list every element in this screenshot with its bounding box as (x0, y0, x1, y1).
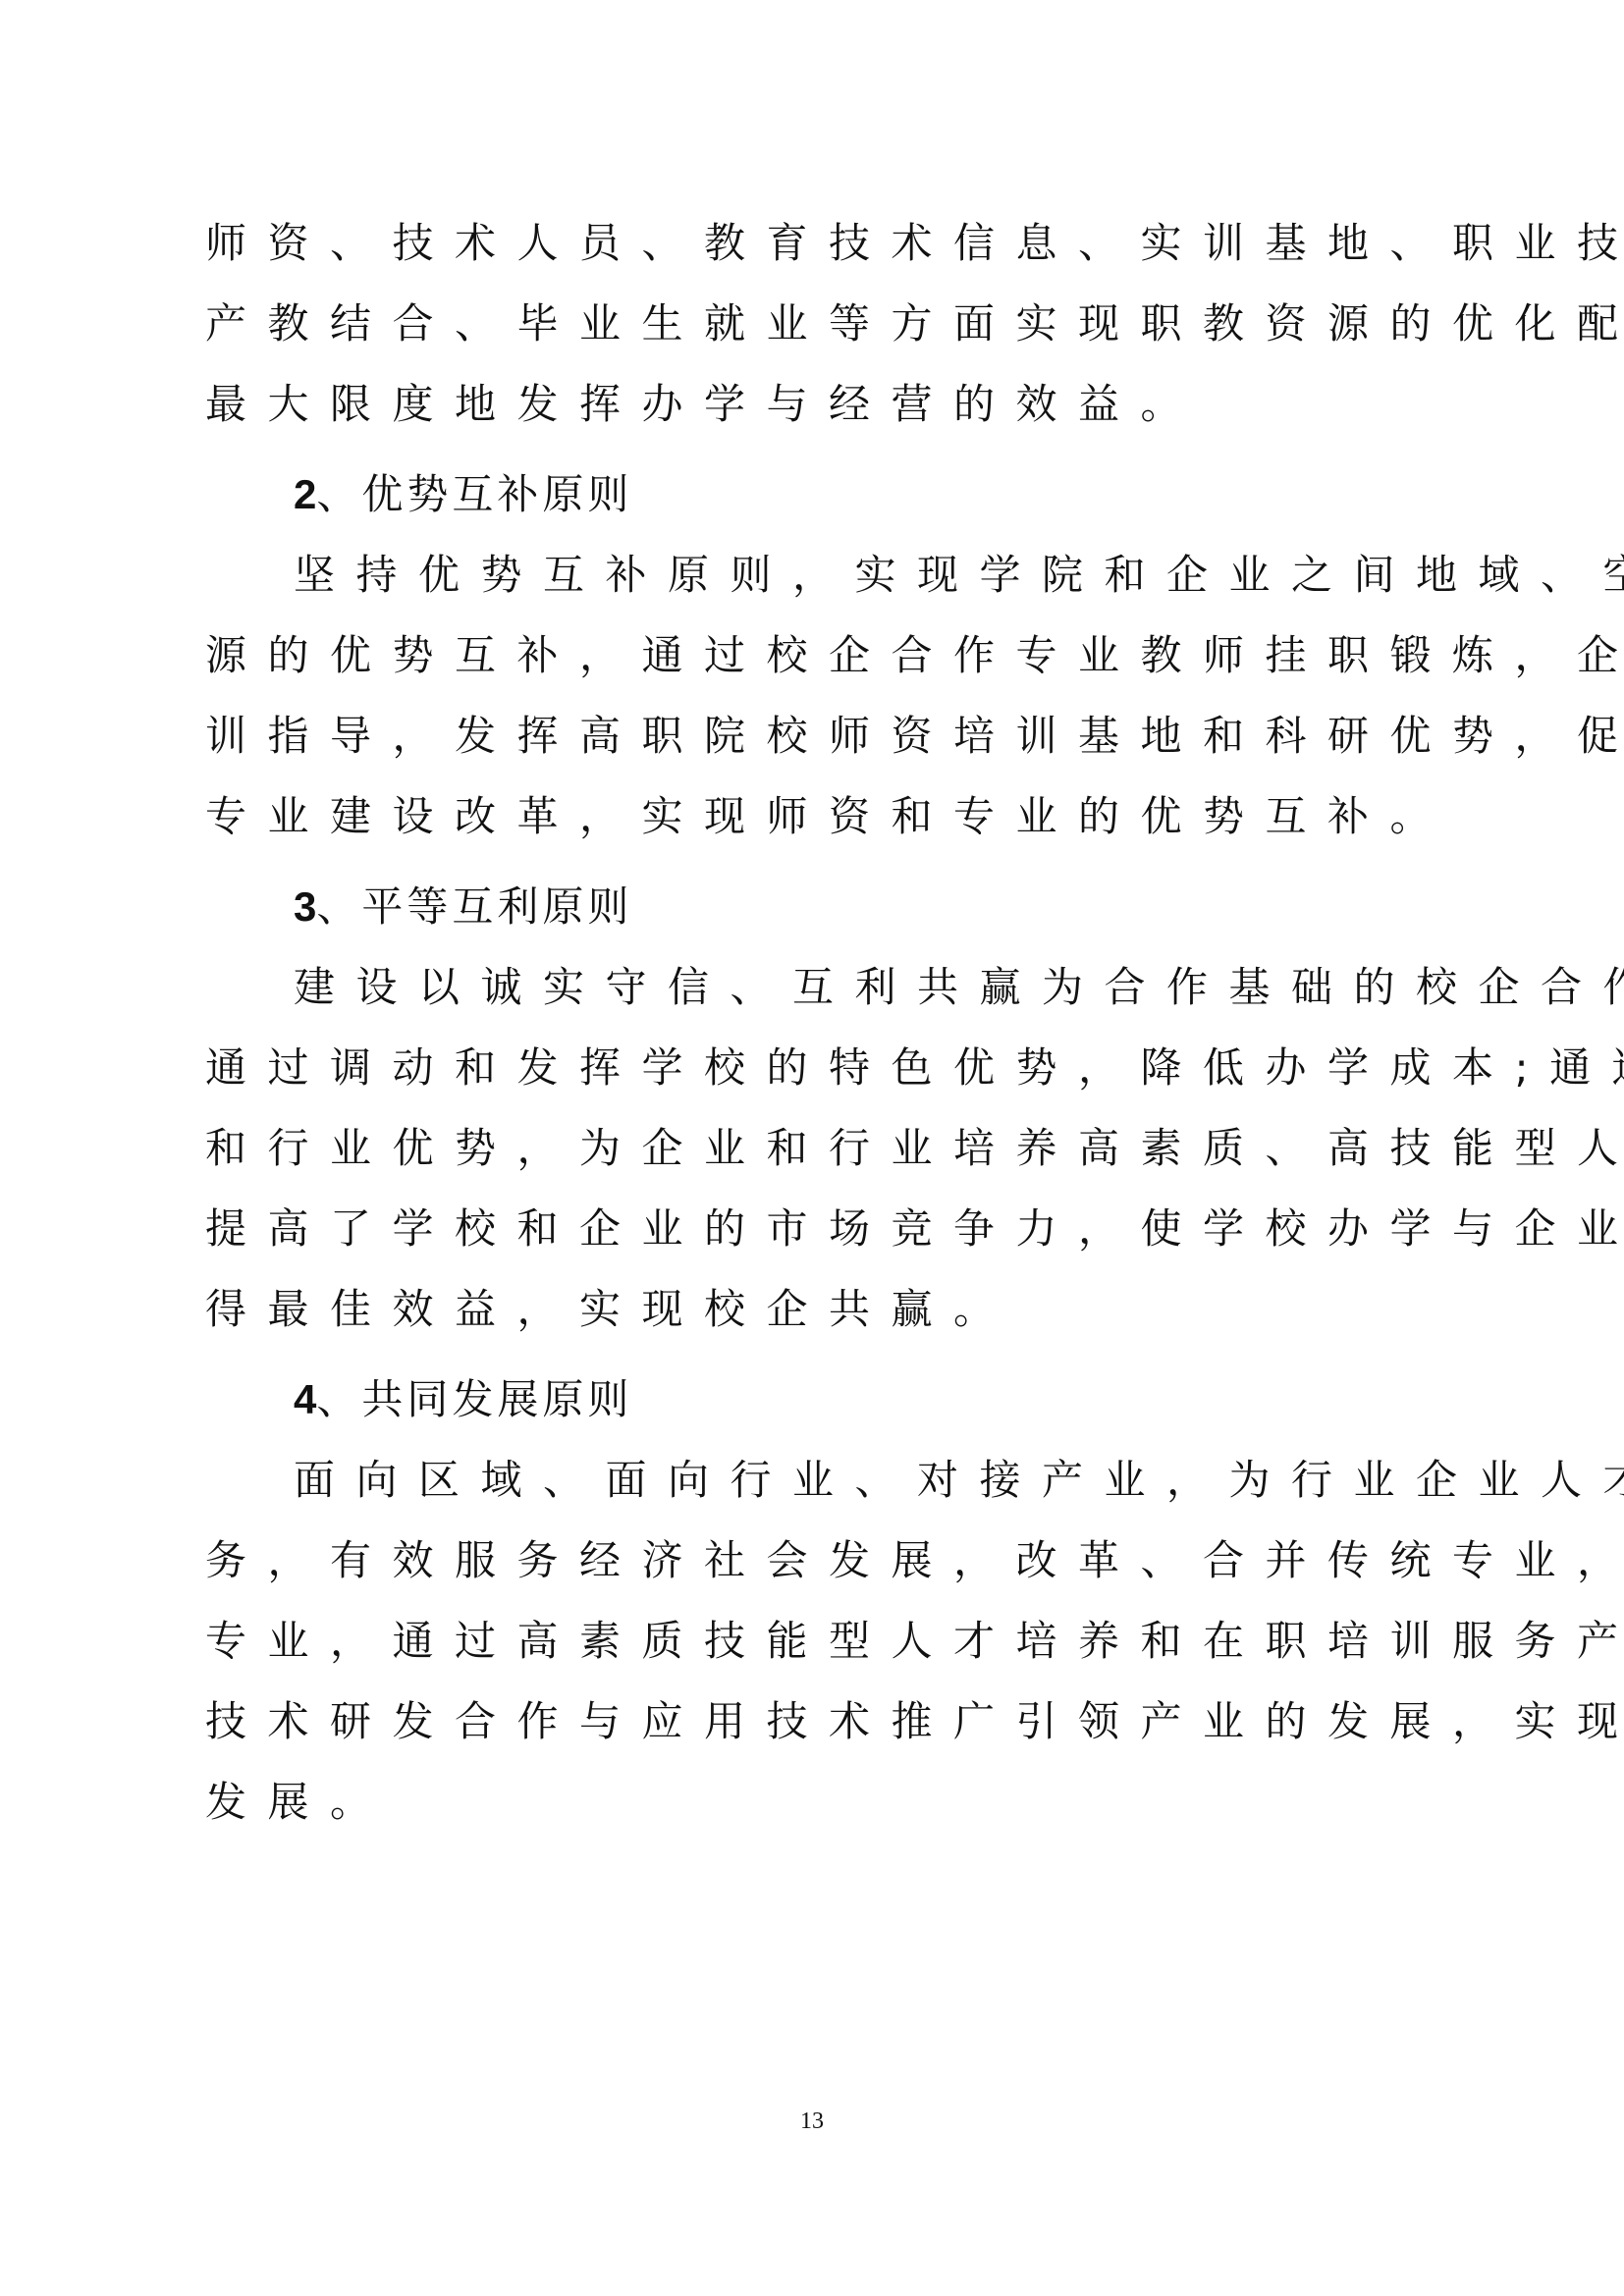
section-title: 、共同发展原则 (316, 1375, 632, 1423)
section-number: 4 (294, 1376, 316, 1422)
paragraph-line: 源的优势互补，通过校企合作专业教师挂职锻炼，企业员工培 (205, 626, 1413, 707)
paragraph-line: 通过调动和发挥学校的特色优势，降低办学成本;通过发挥企业 (205, 1039, 1413, 1119)
paragraph-line: 面向区域、面向行业、对接产业，为行业企业人才需求服 (205, 1451, 1413, 1531)
paragraph-line: 提高了学校和企业的市场竞争力，使学校办学与企业经营均获 (205, 1200, 1413, 1280)
paragraph-line: 发展。 (205, 1773, 1413, 1853)
section-title: 、优势互补原则 (316, 470, 632, 518)
section-number: 2 (294, 471, 316, 517)
paragraph-line: 坚持优势互补原则，实现学院和企业之间地域、空间、资 (205, 546, 1413, 626)
section-heading: 4、共同发展原则 (205, 1370, 1413, 1451)
section-heading: 2、优势互补原则 (205, 465, 1413, 546)
paragraph-line: 师资、技术人员、教育技术信息、实训基地、职业技能鉴定、 (205, 214, 1413, 294)
section-common-development: 4、共同发展原则 面向区域、面向行业、对接产业，为行业企业人才需求服 务，有效服… (205, 1370, 1413, 1853)
paragraph-line: 专业建设改革，实现师资和专业的优势互补。 (205, 787, 1413, 868)
paragraph-line: 技术研发合作与应用技术推广引领产业的发展，实现校企共同 (205, 1692, 1413, 1773)
page-body: 师资、技术人员、教育技术信息、实训基地、职业技能鉴定、 产教结合、毕业生就业等方… (205, 214, 1413, 1853)
paragraph-line: 得最佳效益，实现校企共赢。 (205, 1280, 1413, 1361)
section-heading: 3、平等互利原则 (205, 878, 1413, 958)
section-equality-mutual-benefit: 3、平等互利原则 建设以诚实守信、互利共赢为合作基础的校企合作体制， 通过调动和… (205, 878, 1413, 1361)
paragraph-line: 建设以诚实守信、互利共赢为合作基础的校企合作体制， (205, 958, 1413, 1039)
paragraph-line: 务，有效服务经济社会发展，改革、合并传统专业，淘汰落后 (205, 1531, 1413, 1612)
paragraph-line: 最大限度地发挥办学与经营的效益。 (205, 375, 1413, 455)
paragraph-line: 训指导，发挥高职院校师资培训基地和科研优势，促进学院的 (205, 707, 1413, 787)
intro-paragraph: 师资、技术人员、教育技术信息、实训基地、职业技能鉴定、 产教结合、毕业生就业等方… (205, 214, 1413, 455)
section-title: 、平等互利原则 (316, 882, 632, 931)
page-number: 13 (0, 2109, 1624, 2135)
section-complementary-advantages: 2、优势互补原则 坚持优势互补原则，实现学院和企业之间地域、空间、资 源的优势互… (205, 465, 1413, 868)
section-number: 3 (294, 883, 316, 930)
document-page: 师资、技术人员、教育技术信息、实训基地、职业技能鉴定、 产教结合、毕业生就业等方… (0, 0, 1624, 2296)
paragraph-line: 和行业优势，为企业和行业培养高素质、高技能型人才，从而 (205, 1119, 1413, 1200)
paragraph-line: 产教结合、毕业生就业等方面实现职教资源的优化配置和共享， (205, 294, 1413, 375)
paragraph-line: 专业，通过高素质技能型人才培养和在职培训服务产业，通过 (205, 1612, 1413, 1692)
